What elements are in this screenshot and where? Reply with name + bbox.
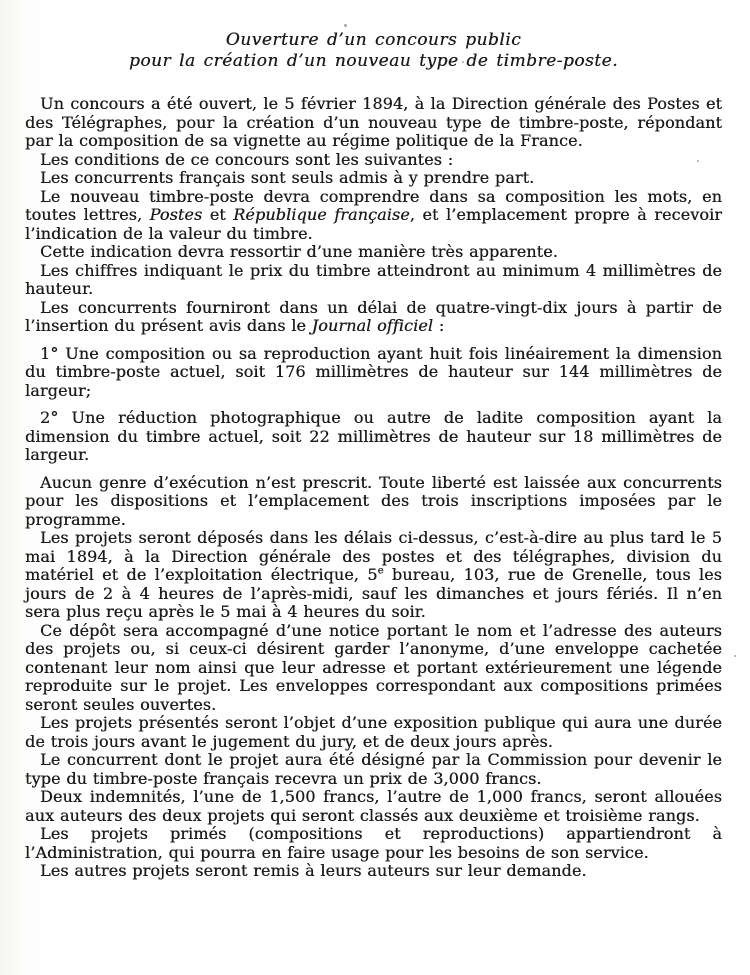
paragraph: Les concurrents fourniront dans un délai… <box>25 299 722 336</box>
paragraph: Un concours a été ouvert, le 5 février 1… <box>25 95 722 151</box>
paragraph: Le nouveau timbre-poste devra comprendre… <box>25 188 722 244</box>
title-line-1: Ouverture d’un concours public <box>25 30 722 51</box>
paragraph: Les concurrents français sont seuls admi… <box>25 169 722 188</box>
text-segment: Le concurrent dont le projet aura été dé… <box>25 750 722 788</box>
text-segment: Les autres projets seront remis à leurs … <box>40 861 587 880</box>
paragraph: Les projets primés (compositions et repr… <box>25 825 722 862</box>
paragraph: 1° Une composition ou sa reproduction ay… <box>25 345 722 401</box>
text-segment: Les projets primés (compositions et repr… <box>25 824 722 862</box>
italic-text: Journal officiel <box>312 316 433 335</box>
paragraph: Deux indemnités, l’une de 1,500 francs, … <box>25 788 722 825</box>
paragraph: Les conditions de ce concours sont les s… <box>25 151 722 170</box>
italic-text: Postes <box>150 205 203 224</box>
scan-speck <box>344 24 347 27</box>
text-segment: Aucun genre d’exécution n’est prescrit. … <box>25 473 722 529</box>
paragraph: Les projets présentés seront l’objet d’u… <box>25 714 722 751</box>
text-segment: Les concurrents français sont seuls admi… <box>40 168 534 187</box>
document-body: Ouverture d’un concours public pour la c… <box>25 30 722 881</box>
text-segment: : <box>433 316 444 335</box>
paragraph: 2° Une réduction photographique ou autre… <box>25 409 722 465</box>
paragraph: Les projets seront déposés dans les déla… <box>25 529 722 622</box>
text-segment: et <box>202 205 233 224</box>
paragraph: Cette indication devra ressortir d’une m… <box>25 243 722 262</box>
text-segment: Les conditions de ce concours sont les s… <box>40 150 453 169</box>
text-segment: 1° Une composition ou sa reproduction ay… <box>25 344 722 400</box>
text-segment: 2° Une réduction photographique ou autre… <box>25 408 722 464</box>
paragraph: Aucun genre d’exécution n’est prescrit. … <box>25 474 722 530</box>
text-segment: Deux indemnités, l’une de 1,500 francs, … <box>25 787 722 825</box>
scan-speck <box>697 160 699 162</box>
text-segment: Un concours a été ouvert, le 5 février 1… <box>25 94 722 150</box>
document-title: Ouverture d’un concours public pour la c… <box>25 30 722 72</box>
text-segment: Les projets présentés seront l’objet d’u… <box>25 713 722 751</box>
title-line-2: pour la création d’un nouveau type de ti… <box>25 51 722 72</box>
scan-speck <box>734 655 736 657</box>
italic-text: République française <box>233 205 410 224</box>
paragraphs: Un concours a été ouvert, le 5 février 1… <box>25 95 722 881</box>
text-segment: Ce dépôt sera accompagné d’une notice po… <box>25 621 722 714</box>
paragraph: Les autres projets seront remis à leurs … <box>25 862 722 881</box>
paragraph: Ce dépôt sera accompagné d’une notice po… <box>25 622 722 715</box>
paragraph: Les chiffres indiquant le prix du timbre… <box>25 262 722 299</box>
scanned-page: Ouverture d’un concours public pour la c… <box>0 0 750 975</box>
scan-speck <box>462 61 464 63</box>
text-segment: Cette indication devra ressortir d’une m… <box>40 242 558 261</box>
paragraph: Le concurrent dont le projet aura été dé… <box>25 751 722 788</box>
text-segment: Les chiffres indiquant le prix du timbre… <box>25 261 722 299</box>
